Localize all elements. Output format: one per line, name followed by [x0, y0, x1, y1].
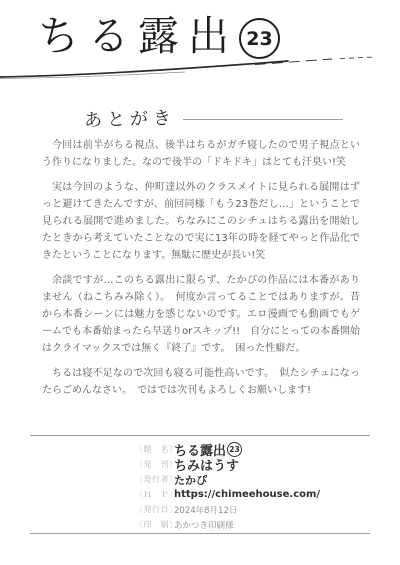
- colophon-divider-bottom: [30, 533, 370, 534]
- colophon-row: 〔発行日〕 2024年8月12日: [135, 502, 320, 517]
- colophon: 〔題 名〕 ちる露出 23 〔発 刊〕 ちみはうす 〔発行者〕 たかぴ 〔Ｈ Ｐ…: [135, 442, 320, 532]
- colophon-row: 〔印 刷〕 あかつき印刷様: [135, 517, 320, 532]
- volume-circle-badge: 23: [239, 18, 280, 59]
- afterword-body: 今回は前半がちる視点、後半はちるがガチ寝したので男子視点という作りになりました。…: [42, 137, 360, 407]
- colophon-label: 〔発 刊〕: [135, 459, 171, 470]
- colophon-value: たかぴ: [174, 472, 207, 488]
- colophon-row: 〔Ｈ Ｐ〕 https://chimeehouse.com/: [135, 487, 320, 502]
- colophon-value: 2024年8月12日: [174, 504, 237, 516]
- colophon-label: 〔発行日〕: [135, 504, 171, 515]
- title-underline-stroke: [0, 54, 380, 82]
- afterword-paragraph: 余談ですが…このちる露出に限らず、たかぴの作品には本番がありません（ねこちみみ除…: [42, 272, 360, 357]
- colophon-label: 〔印 刷〕: [135, 519, 171, 530]
- afterword-page: ちる露出 23 あとがき 今回は前半がちる視点、後半はちるがガチ寝したので男子視…: [0, 0, 400, 565]
- afterword-paragraph: ちるは寝不足なので次回も寝る可能性高いです。 似たシチュになったらごめんなさい。…: [42, 365, 360, 399]
- afterword-section-title: あとがき: [84, 104, 177, 132]
- page-title: ちる露出 23: [38, 14, 280, 59]
- colophon-value: あかつき印刷様: [174, 519, 234, 531]
- colophon-label: 〔題 名〕: [135, 444, 171, 455]
- colophon-divider-top: [30, 435, 370, 436]
- afterword-paragraph: 今回は前半がちる視点、後半はちるがガチ寝したので男子視点という作りになりました。…: [42, 137, 360, 171]
- colophon-row: 〔発 刊〕 ちみはうす: [135, 457, 320, 472]
- afterword-paragraph: 実は今回のような、仲町達以外のクラスメイトに見られる展開はずっと避けてきたんです…: [42, 179, 360, 264]
- colophon-label: 〔Ｈ Ｐ〕: [135, 489, 171, 500]
- colophon-label: 〔発行者〕: [135, 474, 171, 485]
- colophon-row: 〔発行者〕 たかぴ: [135, 472, 320, 487]
- colophon-value: https://chimeehouse.com/: [174, 489, 320, 500]
- page-title-text: ちる露出: [38, 14, 238, 59]
- afterword-section-header: あとがき: [84, 105, 343, 131]
- section-header-rule: [183, 119, 343, 120]
